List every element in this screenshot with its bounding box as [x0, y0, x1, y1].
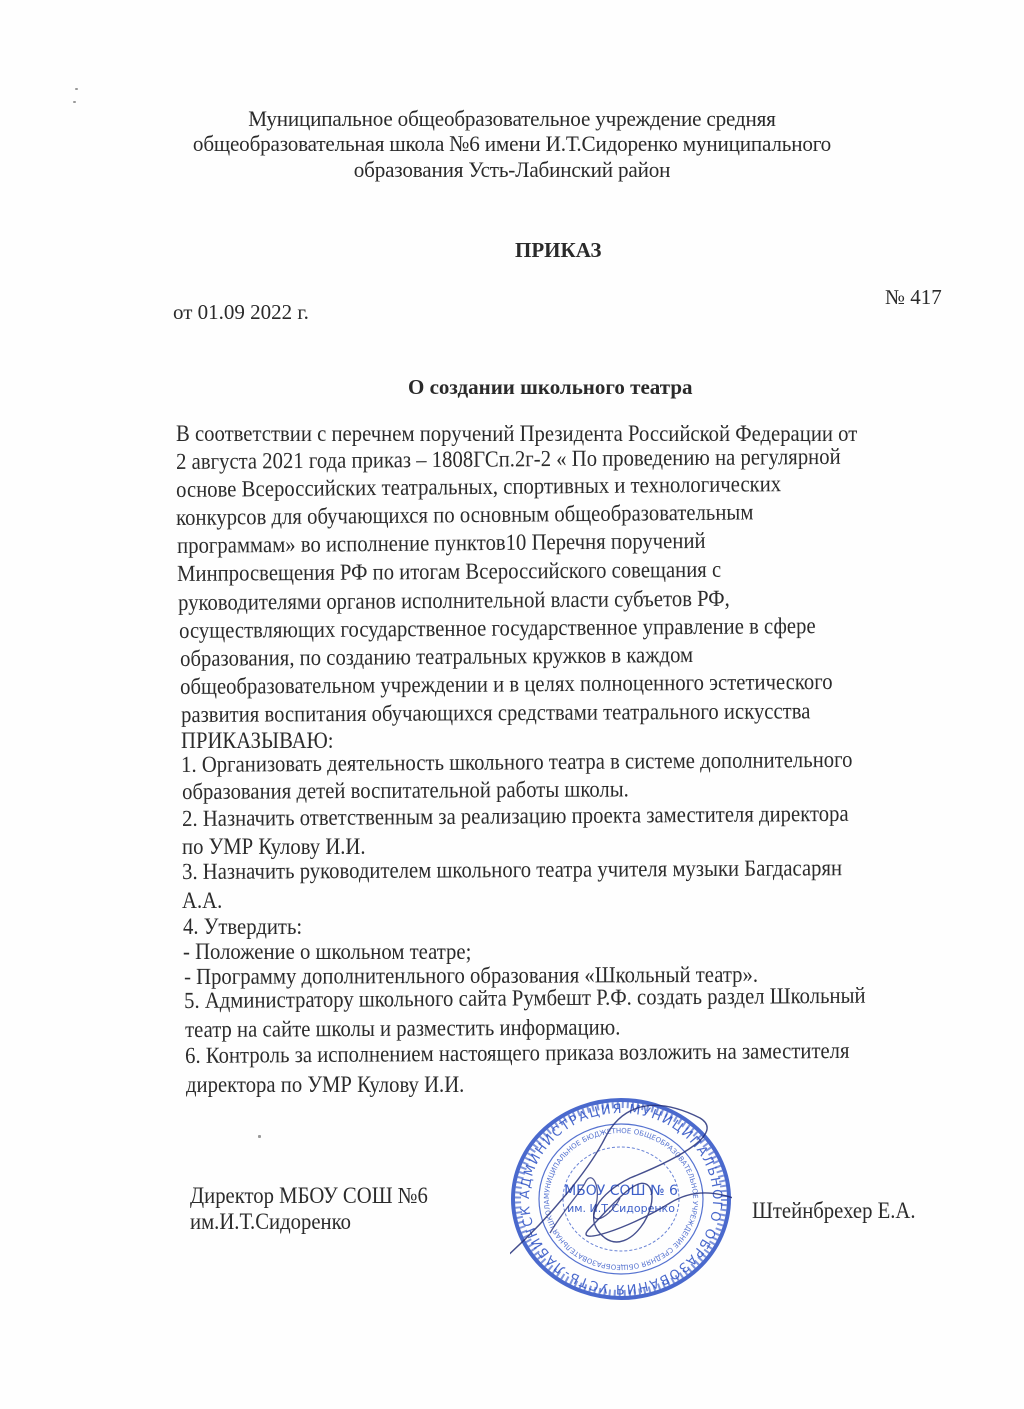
preamble-line: руководителями органов исполнительной вл…: [178, 586, 730, 616]
stamp-center-line-2: им. И.Т.Сидоренко: [567, 1202, 675, 1215]
order-item-line: А.А.: [182, 888, 222, 914]
order-item-line: 1. Организовать деятельность школьного т…: [181, 747, 852, 778]
order-item-line: 3. Назначить руководителем школьного теа…: [182, 855, 842, 885]
stamp-seal-icon: АДМИНИСТРАЦИЯ МУНИЦИПАЛЬНОГО ОБРАЗОВАНИЯ…: [510, 1098, 732, 1300]
document-subject: О создании школьного театра: [408, 375, 693, 400]
preamble-line: конкурсов для обучающихся по основным об…: [176, 499, 753, 531]
preamble-line: программам» во исполнение пунктов10 Пере…: [177, 528, 706, 559]
document-number: № 417: [885, 285, 942, 310]
order-item-line: - Положение о школьном театре;: [183, 939, 471, 965]
order-item-line: театр на сайте школы и разместить информ…: [185, 1014, 620, 1043]
org-header-line-2: общеобразовательная школа №6 имени И.Т.С…: [31, 131, 994, 157]
preamble-line: общеобразовательном учреждении и в целях…: [180, 669, 833, 700]
order-item-line: образования детей воспитательной работы …: [182, 776, 629, 805]
document-date: от 01.09 2022 г.: [173, 300, 309, 325]
org-header-line-1: Муниципальное общеобразовательное учрежд…: [31, 106, 994, 132]
signatory-school: им.И.Т.Сидоренко: [190, 1209, 351, 1235]
preamble-line: Минпросвещения РФ по итогам Всероссийско…: [177, 557, 721, 587]
scan-speck: [258, 1135, 261, 1138]
document-title: ПРИКАЗ: [515, 238, 601, 263]
scan-speck: [73, 101, 76, 103]
preamble-line: В соответствии с перечнем поручений През…: [176, 421, 857, 447]
order-item-line: 6. Контроль за исполнением настоящего пр…: [185, 1038, 850, 1069]
preamble-line: осуществляющих государственное государст…: [179, 613, 816, 644]
signatory-name: Штейнбрехер Е.А.: [752, 1198, 916, 1224]
order-item-line: по УМР Кулову И.И.: [182, 834, 366, 860]
order-item-line: 2. Назначить ответственным за реализацию…: [182, 801, 849, 832]
official-stamp: АДМИНИСТРАЦИЯ МУНИЦИПАЛЬНОГО ОБРАЗОВАНИЯ…: [510, 1098, 732, 1300]
scan-speck: [75, 88, 78, 90]
preamble-line: 2 августа 2021 года приказ – 1808ГСп.2г-…: [176, 444, 841, 475]
document-page: Муниципальное общеобразовательное учрежд…: [0, 0, 1024, 1409]
signatory-position: Директор МБОУ СОШ №6: [190, 1183, 428, 1209]
order-item-line: 4. Утвердить:: [183, 914, 302, 940]
preamble-line: основе Всероссийских театральных, спорти…: [176, 471, 781, 503]
preamble-line: развития воспитания обучающихся средства…: [181, 698, 810, 728]
order-item-line: директора по УМР Кулову И.И.: [186, 1072, 464, 1098]
org-header-line-3: образования Усть-Лабинский район: [31, 157, 994, 183]
preamble-line: образования, по созданию театральных кру…: [180, 642, 693, 672]
order-item-line: 5. Администратору школьного сайта Румбеш…: [184, 983, 866, 1014]
